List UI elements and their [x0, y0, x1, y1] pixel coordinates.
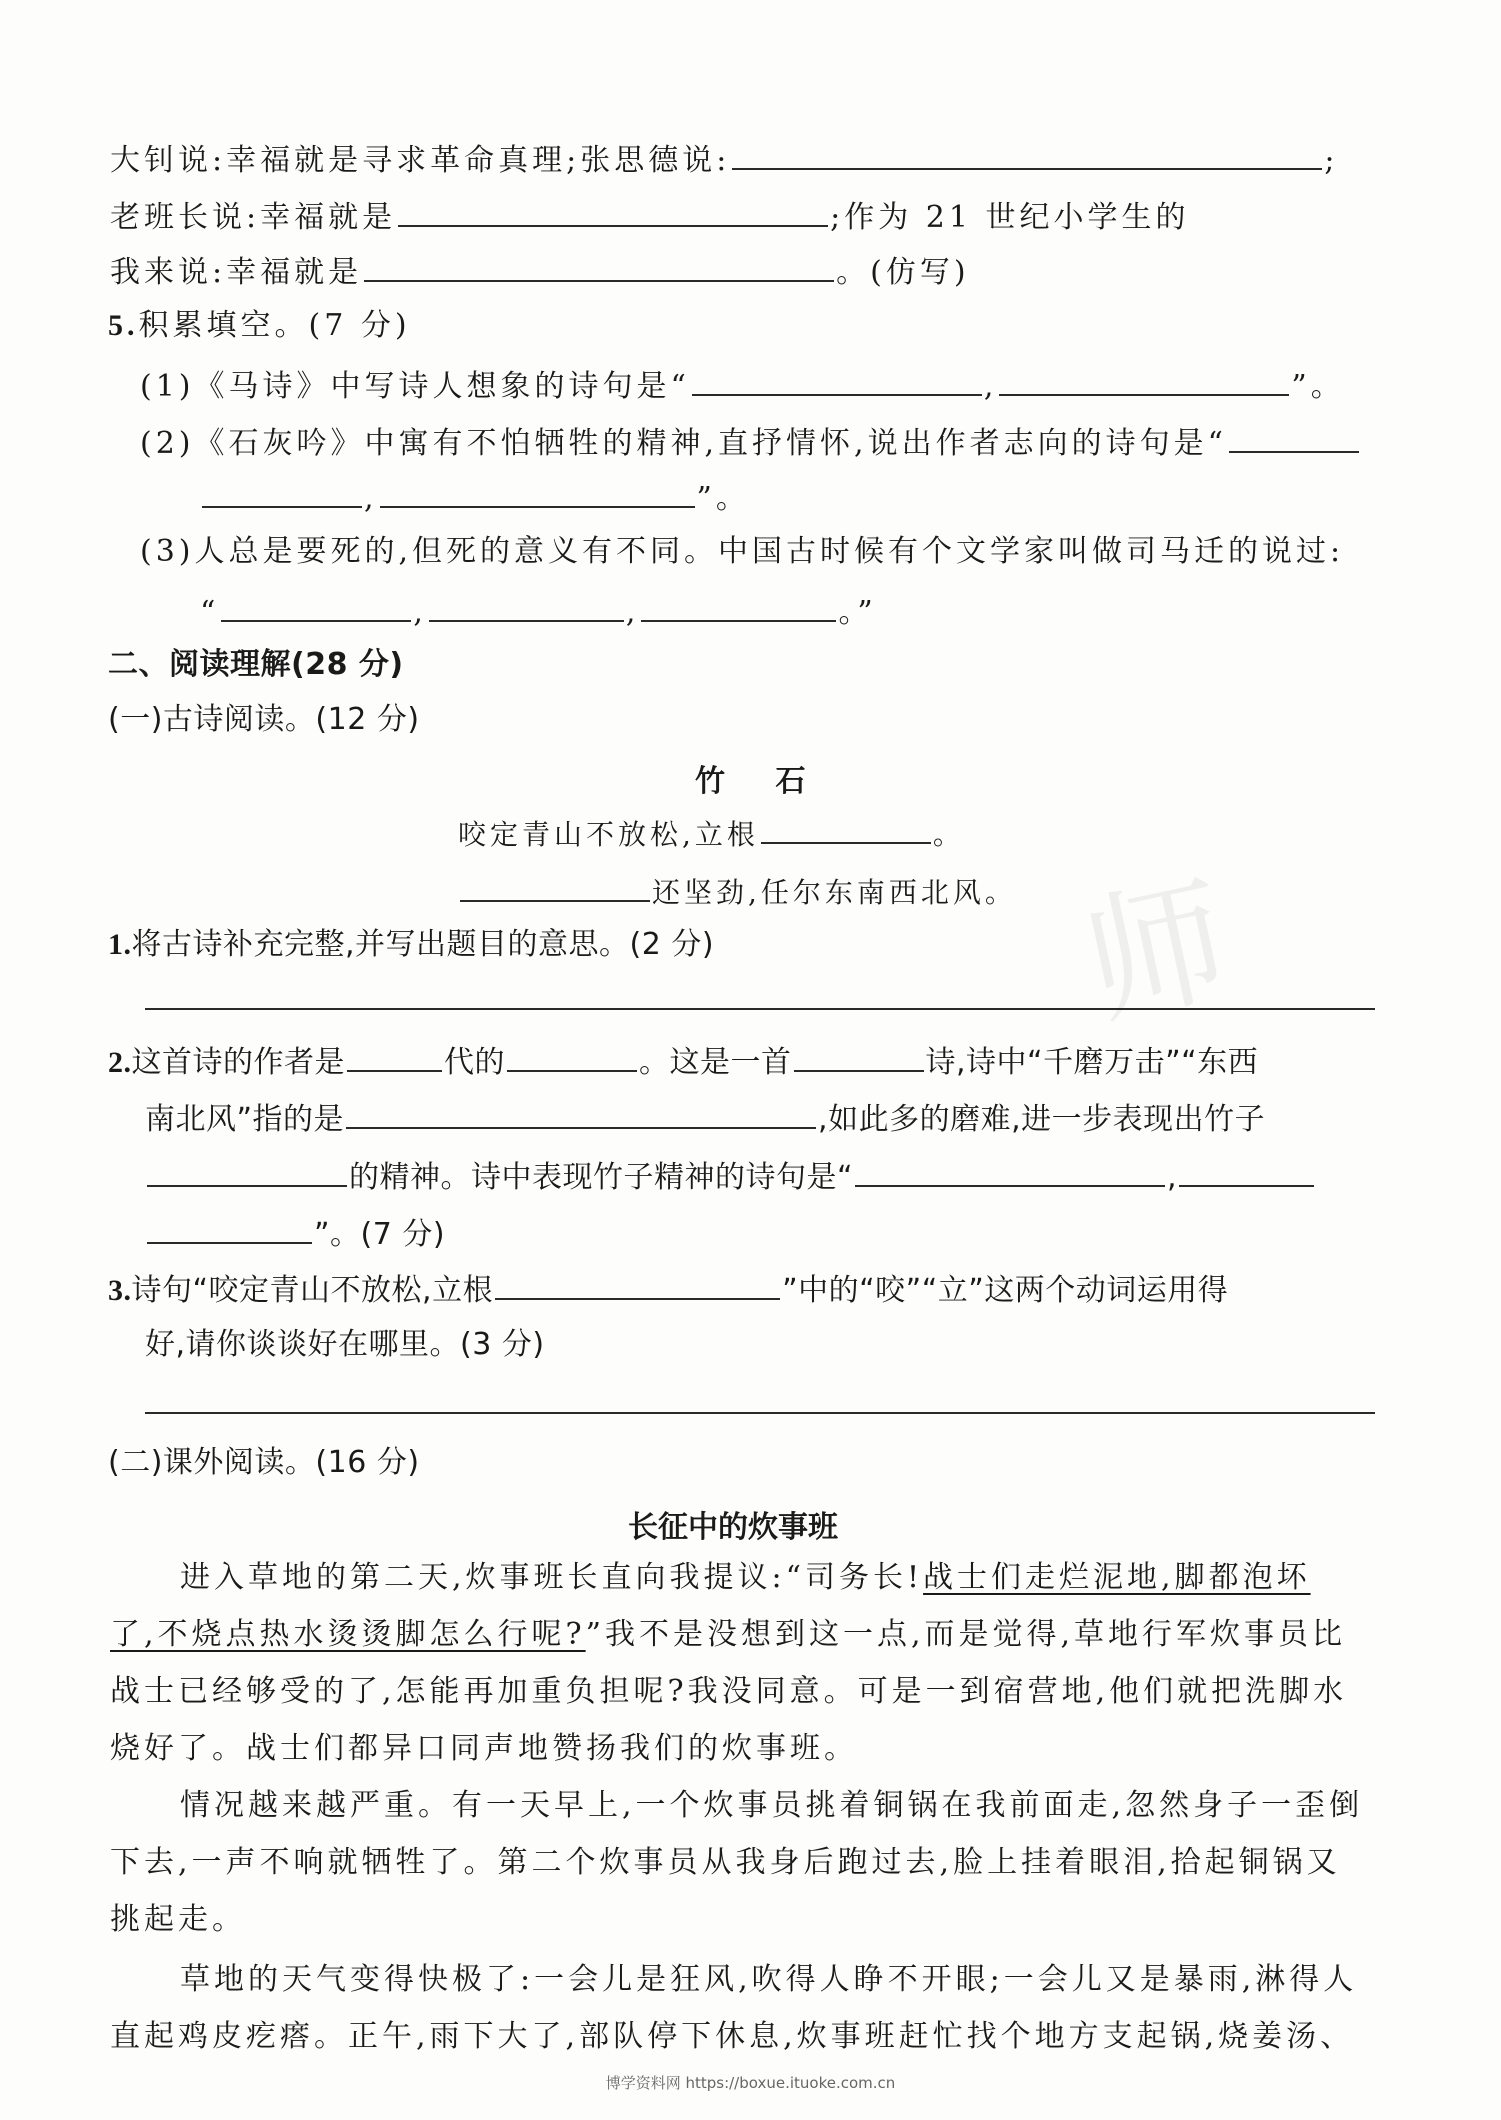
answer-blank[interactable]: [346, 1097, 816, 1129]
answer-blank[interactable]: [1229, 421, 1359, 453]
q5-heading: 5.积累填空。(7 分): [108, 306, 411, 346]
question-2-line-3: 的精神。诗中表现竹子精神的诗句是“,: [145, 1155, 1316, 1198]
answer-blank[interactable]: [999, 364, 1289, 396]
q5-item-3-blanks: “,,。”: [200, 590, 877, 633]
article-p3-line-1: 草地的天气变得快极了:一会儿是狂风,吹得人睁不开眼;一会儿又是暴雨,淋得人: [180, 1960, 1357, 2000]
answer-line[interactable]: [145, 1008, 1375, 1010]
imitation-line-2: 老班长说:幸福就是;作为 21 世纪小学生的: [110, 195, 1189, 238]
article-p1-line-1: 进入草地的第二天,炊事班长直向我提议:“司务长!战士们走烂泥地,脚都泡坏: [180, 1558, 1311, 1598]
answer-blank[interactable]: [495, 1268, 780, 1300]
article-p3-line-2: 直起鸡皮疙瘩。正午,雨下大了,部队停下休息,炊事班赶忙找个地方支起锅,烧姜汤、: [110, 2017, 1354, 2057]
section-heading: 二、阅读理解(28 分): [108, 645, 404, 685]
subsection-heading: (二)课外阅读。(16 分): [108, 1443, 420, 1483]
article-title: 长征中的炊事班: [628, 1502, 838, 1546]
article-p1-line-2: 了,不烧点热水烫烫脚怎么行呢?”我不是没想到这一点,而是觉得,草地行军炊事员比: [110, 1615, 1346, 1655]
q5-item-2-cont: ,”。: [200, 476, 750, 519]
question-3-line-2: 好,请你谈谈好在哪里。(3 分): [145, 1325, 545, 1365]
answer-blank[interactable]: [147, 1155, 347, 1187]
poem-title: 竹 石: [695, 756, 825, 800]
answer-blank[interactable]: [507, 1040, 637, 1072]
answer-blank[interactable]: [794, 1040, 924, 1072]
question-2-line-4: ”。(7 分): [145, 1212, 445, 1255]
article-p1-line-4: 烧好了。战士们都异口同声地赞扬我们的炊事班。: [110, 1729, 858, 1769]
answer-blank[interactable]: [380, 476, 695, 508]
article-p2-line-2: 下去,一声不响就牺牲了。第二个炊事员从我身后跑过去,脸上挂着眼泪,拾起铜锅又: [110, 1843, 1341, 1883]
answer-blank[interactable]: [347, 1040, 442, 1072]
answer-blank[interactable]: [429, 590, 624, 622]
question-2-line-2: 南北风”指的是,如此多的磨难,进一步表现出竹子: [145, 1097, 1265, 1140]
answer-blank[interactable]: [147, 1212, 312, 1244]
question-2: 2.这首诗的作者是代的。这是一首诗,诗中“千磨万击”“东西: [108, 1040, 1258, 1083]
answer-blank[interactable]: [221, 590, 411, 622]
answer-blank[interactable]: [761, 812, 931, 844]
watermark: 师: [1065, 826, 1245, 1014]
question-3: 3.诗句“咬定青山不放松,立根”中的“咬”“立”这两个动词运用得: [108, 1268, 1228, 1311]
answer-blank[interactable]: [460, 870, 650, 902]
answer-line[interactable]: [145, 1412, 1375, 1414]
answer-blank[interactable]: [692, 364, 982, 396]
question-1: 1.将古诗补充完整,并写出题目的意思。(2 分): [108, 925, 714, 965]
exam-page: 师 大钊说:幸福就是寻求革命真理;张思德说:; 老班长说:幸福就是;作为 21 …: [0, 0, 1501, 2120]
article-p2-line-3: 挑起走。: [110, 1900, 246, 1940]
q5-item-2: (2)《石灰吟》中寓有不怕牺牲的精神,直抒情怀,说出作者志向的诗句是“: [140, 421, 1361, 464]
article-p2-line-1: 情况越来越严重。有一天早上,一个炊事员挑着铜锅在我前面走,忽然身子一歪倒: [180, 1786, 1363, 1826]
poem-line-2: 还坚劲,任尔东南西北风。: [458, 870, 1017, 913]
answer-blank[interactable]: [732, 138, 1322, 170]
answer-blank[interactable]: [398, 195, 828, 227]
q5-item-3: (3)人总是要死的,但死的意义有不同。中国古时候有个文学家叫做司马迁的说过:: [140, 532, 1344, 572]
answer-blank[interactable]: [364, 250, 834, 282]
poem-line-1: 咬定青山不放松,立根。: [458, 812, 965, 855]
subsection-heading: (一)古诗阅读。(12 分): [108, 700, 420, 740]
article-p1-line-3: 战士已经够受的了,怎能再加重负担呢?我没同意。可是一到宿营地,他们就把洗脚水: [110, 1672, 1347, 1712]
answer-blank[interactable]: [202, 476, 362, 508]
answer-blank[interactable]: [1179, 1155, 1314, 1187]
imitation-line-1: 大钊说:幸福就是寻求革命真理;张思德说:;: [110, 138, 1338, 181]
q5-item-1: (1)《马诗》中写诗人想象的诗句是“,”。: [140, 364, 1345, 407]
answer-blank[interactable]: [641, 590, 836, 622]
answer-blank[interactable]: [855, 1155, 1165, 1187]
footer-source: 博学资料网 https://boxue.ituoke.com.cn: [0, 2072, 1501, 2093]
imitation-line-3: 我来说:幸福就是。(仿写): [110, 250, 970, 293]
